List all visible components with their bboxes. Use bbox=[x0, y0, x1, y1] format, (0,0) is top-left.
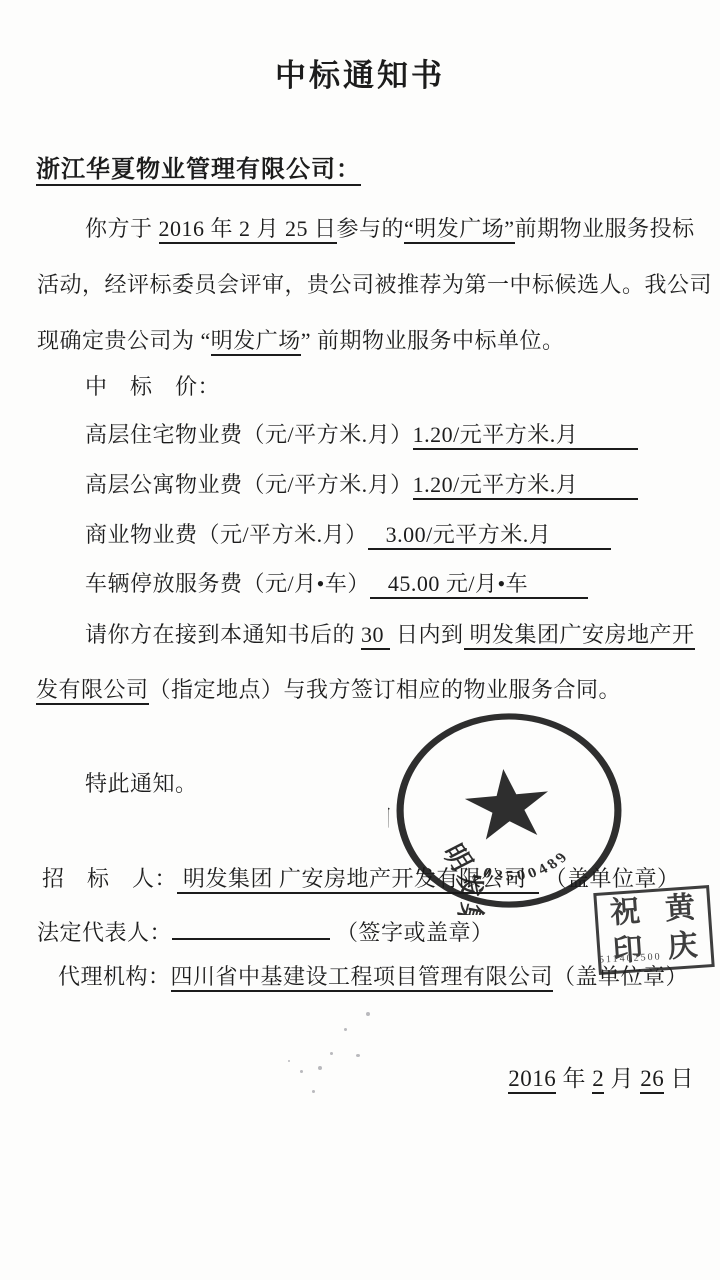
document-title: 中标通知书 bbox=[0, 50, 720, 95]
fee-line-commercial: 商业物业费（元/平方米.月） 3.00/元平方米.月 bbox=[85, 520, 611, 550]
round-company-seal: 明发集团广安房地产开发有限公司 025004899 bbox=[388, 706, 630, 915]
award-notice-document: 中标通知书 浙江华夏物业管理有限公司： 你方于 2016 年 2 月 25 日参… bbox=[0, 0, 720, 1280]
conclusion-line: 特此通知。 bbox=[85, 769, 198, 799]
project-name-underlined: “明发广场” bbox=[404, 216, 515, 244]
seal-instruction: （签字或盖章） bbox=[330, 920, 494, 945]
text-run: 前期物业服务投标 bbox=[515, 216, 695, 241]
body-paragraph-line-3: 现确定贵公司为 “明发广场” 前期物业服务中标单位。 bbox=[37, 326, 565, 356]
addressee-company-name: 浙江华夏物业管理有限公司： bbox=[36, 157, 361, 186]
svg-text:025004899: 025004899 bbox=[388, 706, 577, 910]
developer-name-underlined: 明发集团广安房地产开 bbox=[464, 622, 695, 650]
bid-date-underlined: 2016 年 2 月 25 日 bbox=[159, 216, 337, 244]
agency-line: 代理机构：四川省中基建设工程项目管理有限公司（盖单位章） bbox=[58, 962, 688, 992]
scan-noise bbox=[330, 1052, 333, 1055]
scan-noise bbox=[312, 1090, 315, 1093]
seal-char-top-right: 黄 bbox=[651, 888, 709, 930]
text-run: （指定地点）与我方签订相应的物业服务合同。 bbox=[149, 677, 622, 702]
text-run: 参与的 bbox=[337, 216, 405, 241]
seal-char-bottom-right: 庆 bbox=[654, 926, 712, 968]
fee-value-underlined: 3.00/元平方米.月 bbox=[368, 522, 612, 550]
scan-noise bbox=[288, 1060, 290, 1062]
seal-char-bottom-left: 印 bbox=[599, 930, 657, 972]
project-name-underlined: 明发广场 bbox=[211, 328, 301, 356]
agency-name-underlined: 四川省中基建设工程项目管理有限公司 bbox=[171, 964, 554, 992]
date-unit: 月 bbox=[604, 1066, 640, 1091]
scan-noise bbox=[356, 1054, 360, 1057]
developer-name-underlined: 发有限公司 bbox=[36, 677, 149, 705]
fee-value-underlined: 1.20/元平方米.月 bbox=[413, 422, 639, 450]
bid-price-header: 中 标 价： bbox=[85, 372, 220, 402]
seal-star-icon bbox=[462, 765, 553, 841]
addressee-line: 浙江华夏物业管理有限公司： bbox=[36, 154, 361, 186]
date-unit: 年 bbox=[556, 1066, 592, 1091]
date-day-underlined: 26 bbox=[640, 1066, 664, 1094]
days-underlined: 30 bbox=[361, 622, 390, 650]
scan-noise bbox=[344, 1028, 347, 1031]
legal-rep-signature-blank bbox=[172, 914, 330, 940]
scan-noise bbox=[300, 1070, 303, 1073]
field-label: 法定代表人： bbox=[37, 920, 172, 945]
notice-line-1: 请你方在接到本通知书后的 30 日内到 明发集团广安房地产开 bbox=[85, 620, 695, 650]
legal-rep-signature-line: 法定代表人： （签字或盖章） bbox=[37, 914, 494, 948]
date-unit: 日 bbox=[664, 1066, 694, 1091]
fee-label: 商业物业费（元/平方米.月） bbox=[85, 522, 368, 547]
text-run: 活动，经评标委员会评审，贵公司被推荐为第一中标候选人。我公司 bbox=[37, 272, 712, 297]
fee-label: 高层住宅物业费（元/平方米.月） bbox=[85, 422, 413, 447]
scan-noise bbox=[366, 1012, 370, 1016]
notice-line-2: 发有限公司（指定地点）与我方签订相应的物业服务合同。 bbox=[36, 675, 621, 705]
body-paragraph-line-2: 活动，经评标委员会评审，贵公司被推荐为第一中标候选人。我公司 bbox=[37, 270, 712, 300]
fee-value-underlined: 1.20/元平方米.月 bbox=[413, 472, 639, 500]
fee-line-parking: 车辆停放服务费（元/月•车） 45.00 元/月•车 bbox=[85, 569, 588, 599]
text-run: 日内到 bbox=[390, 622, 464, 647]
seal-number-arc-text: 025004899 bbox=[388, 706, 577, 910]
issue-date-line: 2016 年 2 月 26 日 bbox=[508, 1063, 694, 1094]
text-run: ” 前期物业服务中标单位。 bbox=[301, 328, 565, 353]
text-run: 请你方在接到本通知书后的 bbox=[85, 622, 361, 647]
field-label: 代理机构： bbox=[58, 964, 171, 989]
fee-line-high-rise-apartment: 高层公寓物业费（元/平方米.月）1.20/元平方米.月 bbox=[85, 470, 638, 500]
date-year-underlined: 2016 bbox=[508, 1066, 556, 1094]
fee-value-underlined: 45.00 元/月•车 bbox=[370, 571, 588, 599]
text-run: 特此通知。 bbox=[85, 771, 198, 796]
date-month-underlined: 2 bbox=[592, 1066, 604, 1094]
field-label: 招 标 人： bbox=[42, 866, 177, 891]
text-run: 现确定贵公司为 “ bbox=[37, 328, 211, 353]
scan-noise bbox=[318, 1066, 322, 1070]
fee-line-high-rise-residential: 高层住宅物业费（元/平方米.月）1.20/元平方米.月 bbox=[85, 420, 638, 450]
fee-label: 高层公寓物业费（元/平方米.月） bbox=[85, 472, 413, 497]
section-label: 中 标 价： bbox=[85, 374, 220, 399]
seal-char-top-left: 祝 bbox=[596, 892, 654, 934]
fee-label: 车辆停放服务费（元/月•车） bbox=[85, 571, 370, 596]
text-run: 你方于 bbox=[85, 216, 159, 241]
body-paragraph-line-1: 你方于 2016 年 2 月 25 日参与的“明发广场”前期物业服务投标 bbox=[85, 214, 695, 244]
